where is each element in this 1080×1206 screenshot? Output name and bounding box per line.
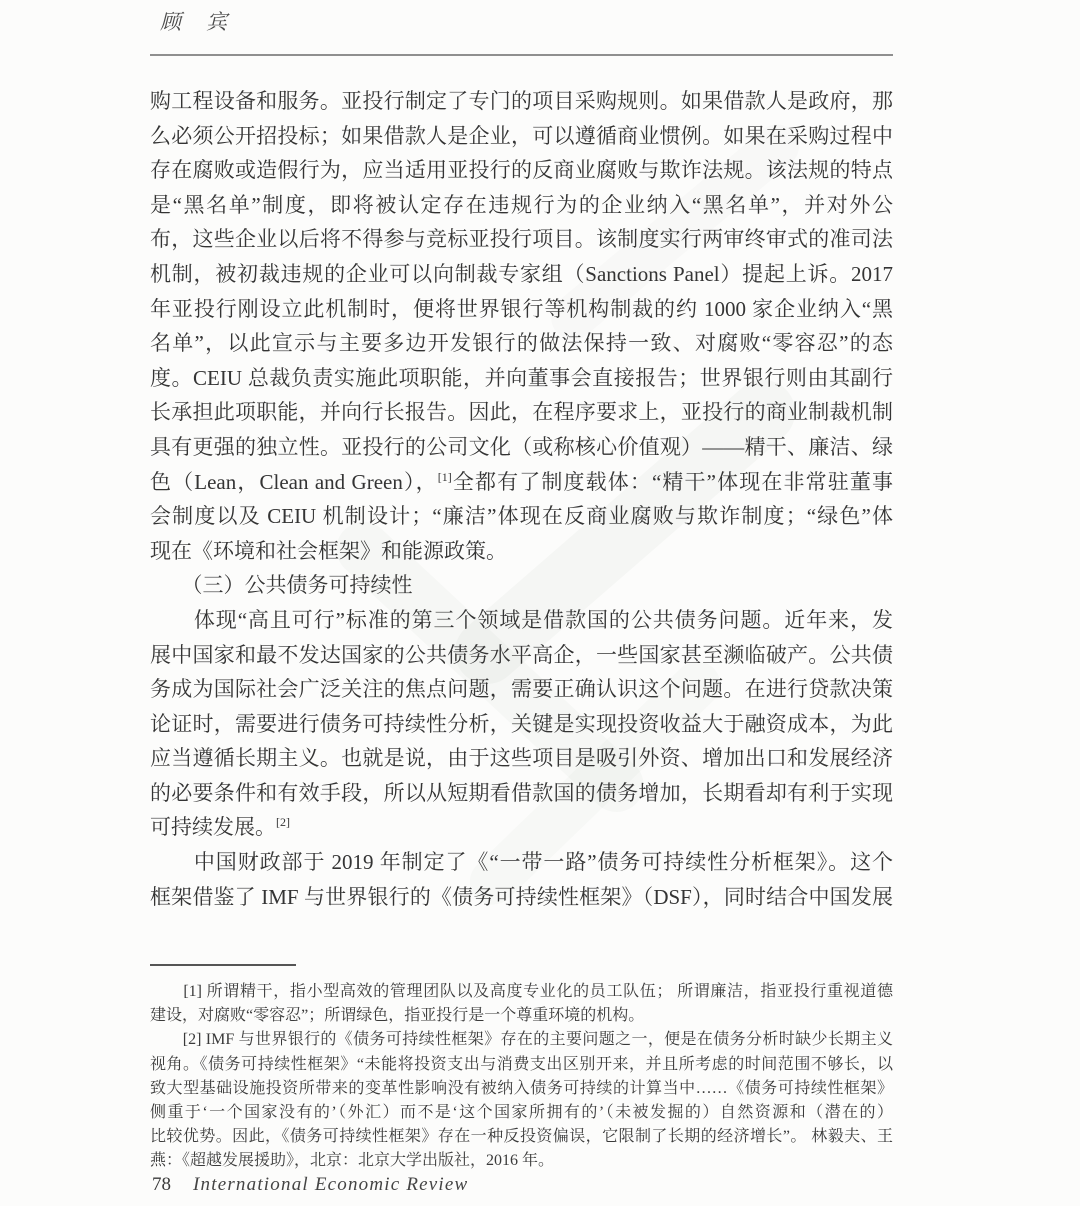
text-line: 务成为国际社会广泛关注的焦点问题，需要正确认识这个问题。在进行贷款决策 bbox=[150, 672, 893, 707]
text-line: 具有更强的独立性。亚投行的公司文化（或称核心价值观）——精干、廉洁、绿 bbox=[150, 430, 893, 465]
text-line: [2] IMF 与世界银行的《债务可持续性框架》存在的主要问题之一，便是在债务分… bbox=[150, 1028, 893, 1052]
text-line: 视角。《债务可持续性框架》“未能将投资支出与消费支出区别开来，并且所考虑的时间范… bbox=[150, 1053, 893, 1077]
running-head-author: 顾 宾 bbox=[160, 6, 229, 36]
page-number: 78 bbox=[152, 1174, 171, 1195]
footnote-2-last-line: 燕：《超越发展援助》，北京：北京大学出版社，2016 年。 bbox=[150, 1149, 893, 1173]
footnote-ref-2: [2] bbox=[276, 815, 290, 829]
footnote-2: [2] IMF 与世界银行的《债务可持续性框架》存在的主要问题之一，便是在债务分… bbox=[150, 1028, 893, 1149]
text-line: 么必须公开招投标；如果借款人是企业，可以遵循商业惯例。如果在采购过程中 bbox=[150, 119, 893, 154]
paragraph-3-line: 框架借鉴了 IMF 与世界银行的《债务可持续性框架》（DSF），同时结合中国发展 bbox=[150, 880, 893, 915]
paragraph-1-part-a: 购工程设备和服务。亚投行制定了专门的项目采购规则。如果借款人是政府，那么必须公开… bbox=[150, 84, 893, 465]
footnote-separator-rule bbox=[150, 964, 296, 966]
text-line: 应当遵循长期主义。也就是说，由于这些项目是吸引外资、增加出口和发展经济 bbox=[150, 741, 893, 776]
paragraph-2-last-line: 可持续发展。[2] bbox=[150, 810, 893, 845]
line-text: 可持续发展。 bbox=[150, 815, 276, 839]
text-line: 存在腐败或造假行为，应当适用亚投行的反商业腐败与欺诈法规。该法规的特点 bbox=[150, 153, 893, 188]
paragraph-1-last-line: 现在《环境和社会框架》和能源政策。 bbox=[150, 534, 893, 569]
body-line-with-footnote-ref: 色（Lean，Clean and Green），[1]全都有了制度载体：“精干”… bbox=[150, 465, 893, 500]
footnote-1-last-line: 建设，对腐败“零容忍”；所谓绿色，指亚投行是一个尊重环境的机构。 bbox=[150, 1004, 893, 1028]
body-text: 购工程设备和服务。亚投行制定了专门的项目采购规则。如果借款人是政府，那么必须公开… bbox=[150, 84, 893, 914]
text-line: 的必要条件和有效手段，所以从短期看借款国的债务增加，长期看却有利于实现 bbox=[150, 776, 893, 811]
journal-title: International Economic Review bbox=[193, 1174, 468, 1195]
page-footer: 78International Economic Review bbox=[152, 1174, 468, 1196]
line-text: 全都有了制度载体：“精干”体现在非常驻董事 bbox=[452, 470, 893, 494]
footnote-ref-1: [1] bbox=[438, 470, 452, 484]
text-line: 布，这些企业以后将不得参与竞标亚投行项目。该制度实行两审终审式的准司法 bbox=[150, 222, 893, 257]
text-line: 展中国家和最不发达国家的公共债务水平高企，一些国家甚至濒临破产。公共债 bbox=[150, 638, 893, 673]
text-line: 是“黑名单”制度，即将被认定存在违规行为的企业纳入“黑名单”，并对外公 bbox=[150, 188, 893, 223]
text-line: 年亚投行刚设立此机制时，便将世界银行等机构制裁的约 1000 家企业纳入“黑 bbox=[150, 292, 893, 327]
text-line: 体现“高且可行”标准的第三个领域是借款国的公共债务问题。近年来，发 bbox=[150, 603, 893, 638]
footnotes-block: [1] 所谓精干，指小型高效的管理团队以及高度专业化的员工队伍； 所谓廉洁，指亚… bbox=[150, 980, 893, 1174]
text-line: 度。CEIU 总裁负责实施此项职能，并向董事会直接报告；世界银行则由其副行 bbox=[150, 361, 893, 396]
text-line: 致大型基础设施投资所带来的变革性影响没有被纳入债务可持续的计算当中……《债务可持… bbox=[150, 1077, 893, 1101]
body-line: 会制度以及 CEIU 机制设计；“廉洁”体现在反商业腐败与欺诈制度；“绿色”体 bbox=[150, 499, 893, 534]
line-text: 色（Lean，Clean and Green）， bbox=[150, 470, 438, 494]
paragraph-2: 体现“高且可行”标准的第三个领域是借款国的公共债务问题。近年来，发展中国家和最不… bbox=[150, 603, 893, 811]
text-line: 比较优势。因此，《债务可持续性框架》存在一种反投资偏误，它限制了长期的经济增长”… bbox=[150, 1125, 893, 1149]
text-line: 购工程设备和服务。亚投行制定了专门的项目采购规则。如果借款人是政府，那 bbox=[150, 84, 893, 119]
footnote-1-line: [1] 所谓精干，指小型高效的管理团队以及高度专业化的员工队伍； 所谓廉洁，指亚… bbox=[150, 980, 893, 1004]
text-line: 侧重于‘一个国家没有的’（外汇）而不是‘这个国家所拥有的’（未被发掘的）自然资源… bbox=[150, 1101, 893, 1125]
journal-page: 顾 宾 购工程设备和服务。亚投行制定了专门的项目采购规则。如果借款人是政府，那么… bbox=[0, 0, 1080, 1206]
text-line: 长承担此项职能，并向行长报告。因此，在程序要求上，亚投行的商业制裁机制 bbox=[150, 395, 893, 430]
section-heading: （三）公共债务可持续性 bbox=[150, 568, 893, 603]
text-line: 论证时，需要进行债务可持续性分析，关键是实现投资收益大于融资成本，为此 bbox=[150, 707, 893, 742]
text-line: 机制，被初裁违规的企业可以向制裁专家组（Sanctions Panel）提起上诉… bbox=[150, 257, 893, 292]
text-line: 名单”，以此宣示与主要多边开发银行的做法保持一致、对腐败“零容忍”的态 bbox=[150, 326, 893, 361]
paragraph-3-line: 中国财政部于 2019 年制定了《“一带一路”债务可持续性分析框架》。这个 bbox=[150, 845, 893, 880]
header-rule bbox=[150, 54, 893, 56]
